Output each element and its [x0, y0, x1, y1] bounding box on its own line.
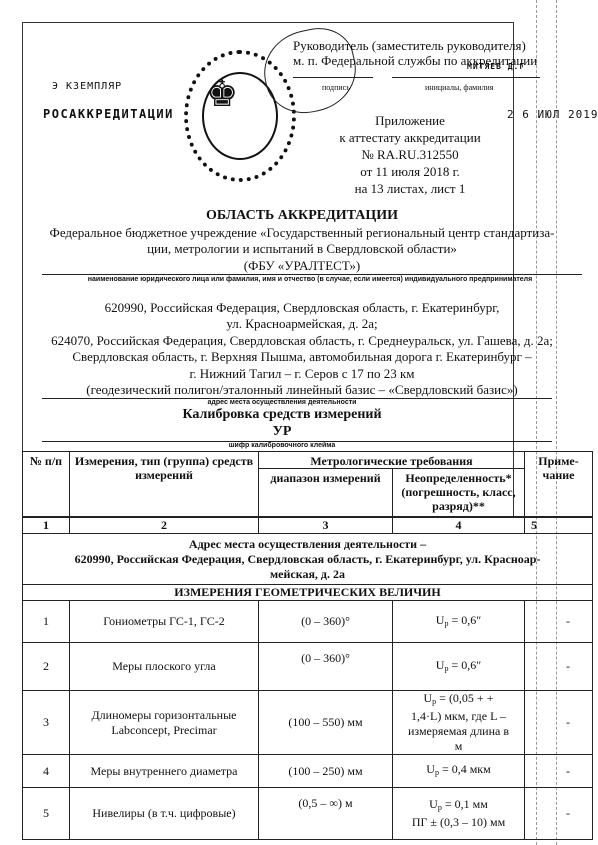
- row-name: Гониометры ГС-1, ГС-2: [70, 601, 259, 643]
- row-uncertainty: Up = (0,05 + + 1,4·L) мкм, где L – измер…: [393, 691, 525, 755]
- org-short-name: (ФБУ «УРАЛТЕСТ»): [22, 258, 582, 274]
- appendix-block: Приложение к аттестату аккредитации № RA…: [300, 112, 520, 197]
- org-caption: наименование юридического лица или фамил…: [30, 276, 590, 283]
- address-row-line: 620990, Российская Федерация, Свердловск…: [23, 552, 592, 567]
- u-value: = 0,6″: [448, 613, 481, 627]
- table-row: 1 Гониометры ГС-1, ГС-2 (0 – 360)° Up = …: [23, 601, 593, 643]
- row-range: (0 – 360)°: [259, 643, 393, 691]
- u-value: = 0,6″: [448, 658, 481, 672]
- row-range: (0,5 – ∞) м: [259, 788, 393, 840]
- address-row-line: Адрес места осуществления деятельности –: [23, 537, 592, 552]
- double-headed-eagle-icon: ♚: [206, 74, 238, 115]
- page-title: ОБЛАСТЬ АККРЕДИТАЦИИ: [22, 208, 582, 224]
- org-name-line: Федеральное бюджетное учреждение «Госуда…: [22, 225, 582, 241]
- row-name: Меры внутреннего диаметра: [70, 755, 259, 788]
- signatory-title: Руководитель (заместитель руководителя): [293, 38, 526, 54]
- address-line: (геодезический полигон/эталонный линейны…: [22, 382, 582, 398]
- table-header: № п/п Измерения, тип (группа) средств из…: [22, 451, 593, 517]
- row-num: 3: [23, 691, 70, 755]
- data-table: 1 2 3 4 5 Адрес места осуществления деят…: [22, 517, 593, 840]
- column-number: 1: [23, 518, 70, 534]
- agency-stamp: РОСАККРЕДИТАЦИИ: [43, 107, 174, 121]
- signature-label: подпись: [322, 83, 350, 92]
- column-number: 5: [525, 518, 593, 534]
- row-range: (0 – 360)°: [259, 601, 393, 643]
- calibration-title: Калибровка средств измерений: [22, 407, 542, 423]
- column-number-row: 1 2 3 4 5: [23, 518, 593, 534]
- col-header-measurements: Измерения, тип (группа) средств измерени…: [70, 452, 259, 517]
- org-name-line: ции, метрологии и испытаний в Свердловск…: [22, 241, 582, 257]
- address-row: Адрес места осуществления деятельности –…: [23, 534, 593, 585]
- initials-label: инициалы, фамилия: [425, 83, 493, 92]
- row-num: 2: [23, 643, 70, 691]
- column-number: 4: [393, 518, 525, 534]
- u-extra: ПГ ± (0,3 – 10) мм: [393, 815, 524, 830]
- row-note: -: [525, 788, 593, 840]
- col-header-uncertainty: Неопределенность* (погрешность, класс, р…: [393, 469, 525, 517]
- row-note: -: [525, 643, 593, 691]
- u-value: = 0,1 мм: [442, 797, 488, 811]
- column-number: 2: [70, 518, 259, 534]
- row-range: (100 – 250) мм: [259, 755, 393, 788]
- address-line: ул. Красноармейская, д. 2а;: [22, 316, 582, 332]
- row-note: -: [525, 755, 593, 788]
- u-symbol: U: [424, 691, 433, 705]
- underline: [42, 274, 582, 275]
- printed-initials: МИТЯЕВ Д.Г: [467, 62, 525, 71]
- address-line: 620990, Российская Федерация, Свердловск…: [22, 300, 582, 316]
- column-number: 3: [259, 518, 393, 534]
- table-row: 3 Длиномеры горизонтальные Labconcept, P…: [23, 691, 593, 755]
- row-uncertainty: Up = 0,6″: [393, 601, 525, 643]
- certificate-date: от 11 июля 2018 г.: [300, 163, 520, 180]
- appendix-line: к аттестату аккредитации: [300, 129, 520, 146]
- row-note: -: [525, 601, 593, 643]
- col-header-metrological: Метрологические требования: [259, 452, 525, 469]
- row-num: 4: [23, 755, 70, 788]
- col-header-num: № п/п: [23, 452, 70, 517]
- row-name: Нивелиры (в т.ч. цифровые): [70, 788, 259, 840]
- col-header-note: Приме-чание: [525, 452, 593, 517]
- address-caption: адрес места осуществления деятельности: [22, 399, 542, 406]
- table-row: 5 Нивелиры (в т.ч. цифровые) (0,5 – ∞) м…: [23, 788, 593, 840]
- u-symbol: U: [429, 797, 438, 811]
- u-symbol: U: [426, 762, 435, 776]
- row-uncertainty: Up = 0,4 мкм: [393, 755, 525, 788]
- address-line: Свердловская область, г. Верхняя Пышма, …: [22, 349, 582, 365]
- row-num: 5: [23, 788, 70, 840]
- certificate-number: № RA.RU.312550: [300, 146, 520, 163]
- row-uncertainty: Up = 0,1 мм ПГ ± (0,3 – 10) мм: [393, 788, 525, 840]
- row-range: (100 – 550) мм: [259, 691, 393, 755]
- section-title: ИЗМЕРЕНИЯ ГЕОМЕТРИЧЕСКИХ ВЕЛИЧИН: [23, 585, 593, 601]
- address-row-line: мейская, д. 2а: [23, 567, 592, 582]
- code-caption: шифр калибровочного клейма: [22, 442, 542, 449]
- u-value: = 0,4 мкм: [439, 762, 491, 776]
- col-header-range: диапазон измерений: [259, 469, 393, 517]
- row-uncertainty: Up = 0,6″: [393, 643, 525, 691]
- address-line: г. Нижний Тагил – г. Серов с 17 по 23 км: [22, 366, 582, 382]
- row-name: Длиномеры горизонтальные Labconcept, Pre…: [70, 691, 259, 755]
- calibration-code: УР: [22, 424, 542, 440]
- row-note: -: [525, 691, 593, 755]
- copy-mark-stamp: Э КЗЕМПЛЯР: [52, 81, 122, 92]
- signature-line: [293, 77, 373, 78]
- address-line: 624070, Российская Федерация, Свердловск…: [22, 333, 582, 349]
- initials-line: [392, 77, 540, 78]
- table-row: 2 Меры плоского угла (0 – 360)° Up = 0,6…: [23, 643, 593, 691]
- date-stamp: 2 6 ИЮЛ 2019: [507, 108, 598, 121]
- sheet-info: на 13 листах, лист 1: [300, 180, 520, 197]
- row-name: Меры плоского угла: [70, 643, 259, 691]
- table-row: 4 Меры внутреннего диаметра (100 – 250) …: [23, 755, 593, 788]
- row-num: 1: [23, 601, 70, 643]
- section-row: ИЗМЕРЕНИЯ ГЕОМЕТРИЧЕСКИХ ВЕЛИЧИН: [23, 585, 593, 601]
- appendix-line: Приложение: [300, 112, 520, 129]
